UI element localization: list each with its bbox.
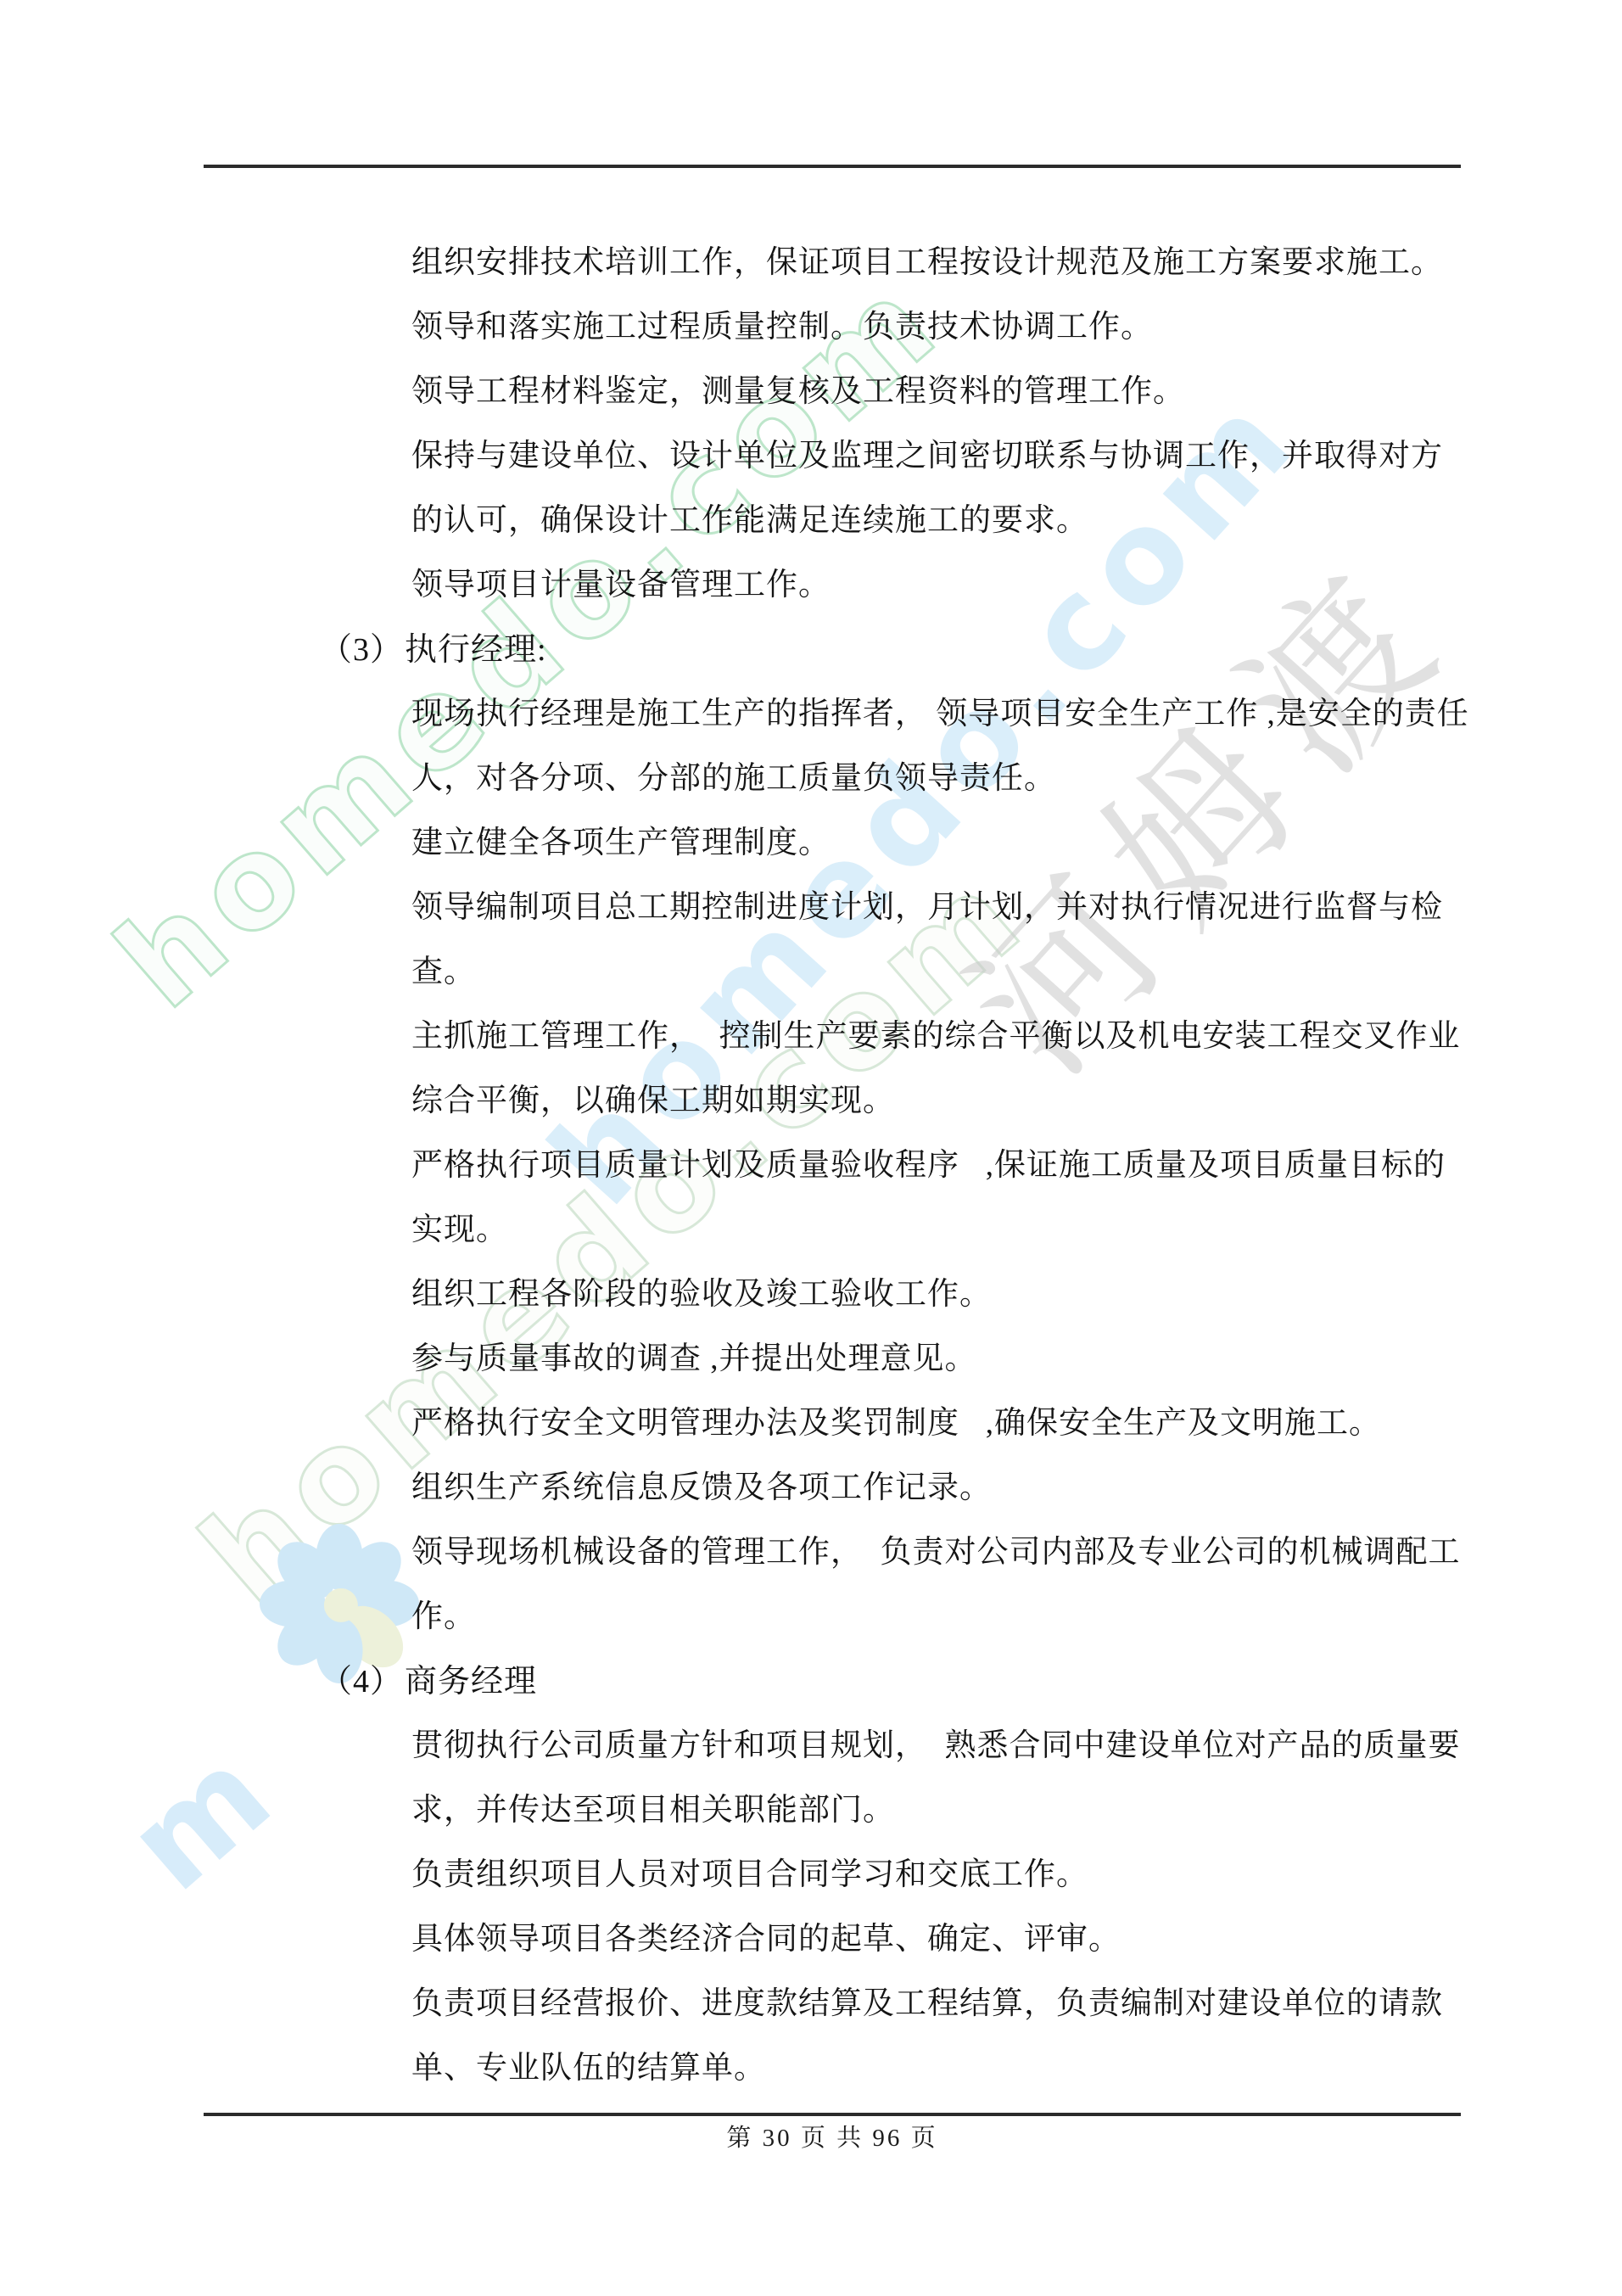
doc-line: 严格执行安全文明管理办法及奖罚制度 ,确保安全生产及文明施工。	[411, 1392, 1381, 1456]
doc-line: 作。	[411, 1585, 476, 1649]
doc-line: 领导编制项目总工期控制进度计划，月计划，并对执行情况进行监督与检	[411, 876, 1443, 940]
section-heading-3: （3） 执行经理:	[320, 618, 547, 682]
doc-line: 建立健全各项生产管理制度。	[411, 811, 831, 876]
doc-line: 现场执行经理是施工生产的指挥者， 领导项目安全生产工作 ,是安全的责任	[411, 682, 1469, 747]
doc-line: 组织工程各阶段的验收及竣工验收工作。	[411, 1263, 992, 1327]
doc-line: 实现。	[411, 1198, 508, 1263]
doc-line: 领导和落实施工过程质量控制。负责技术协调工作。	[411, 295, 1153, 360]
doc-line: 保持与建设单位、设计单位及监理之间密切联系与协调工作，并取得对方	[411, 424, 1443, 489]
doc-line: 主抓施工管理工作， 控制生产要素的综合平衡以及机电安装工程交叉作业	[411, 1005, 1461, 1069]
doc-line: 查。	[411, 940, 476, 1005]
section-number: （4）	[320, 1649, 403, 1714]
section-number: （3）	[320, 618, 403, 682]
doc-line: 人，对各分项、分部的施工质量负领导责任。	[411, 747, 1056, 811]
doc-line: 的认可，确保设计工作能满足连续施工的要求。	[411, 489, 1088, 553]
doc-line: 领导工程材料鉴定，测量复核及工程资料的管理工作。	[411, 360, 1185, 424]
section-title: 商务经理	[405, 1649, 537, 1714]
doc-line: 严格执行项目质量计划及质量验收程序 ,保证施工质量及项目质量目标的	[411, 1134, 1446, 1198]
doc-line: 求，并传达至项目相关职能部门。	[411, 1778, 895, 1843]
section-heading-4: （4） 商务经理	[320, 1649, 537, 1714]
doc-line: 具体领导项目各类经济合同的起草、确定、评审。	[411, 1907, 1121, 1972]
document-page: homedo.com homedo.com homedo.com m 河姆渡 组…	[0, 0, 1622, 2296]
doc-line: 组织安排技术培训工作，保证项目工程按设计规范及施工方案要求施工。	[411, 231, 1443, 295]
doc-line: 领导现场机械设备的管理工作， 负责对公司内部及专业公司的机械调配工	[411, 1520, 1461, 1585]
doc-line: 组织生产系统信息反馈及各项工作记录。	[411, 1456, 992, 1520]
doc-line: 单、专业队伍的结算单。	[411, 2036, 766, 2101]
doc-line: 负责项目经营报价、进度款结算及工程结算，负责编制对建设单位的请款	[411, 1972, 1443, 2036]
footer-rule	[204, 2113, 1461, 2116]
doc-line: 综合平衡，以确保工期如期实现。	[411, 1069, 895, 1134]
watermark-m-letter-blue: m	[101, 1721, 298, 1919]
section-title: 执行经理:	[405, 618, 547, 682]
page-number-footer: 第 30 页 共 96 页	[204, 2118, 1461, 2159]
doc-line: 参与质量事故的调查 ,并提出处理意见。	[411, 1327, 977, 1392]
header-rule	[204, 165, 1461, 168]
doc-line: 贯彻执行公司质量方针和项目规划， 熟悉合同中建设单位对产品的质量要	[411, 1714, 1461, 1778]
doc-line: 领导项目计量设备管理工作。	[411, 553, 831, 618]
doc-line: 负责组织项目人员对项目合同学习和交底工作。	[411, 1843, 1088, 1907]
